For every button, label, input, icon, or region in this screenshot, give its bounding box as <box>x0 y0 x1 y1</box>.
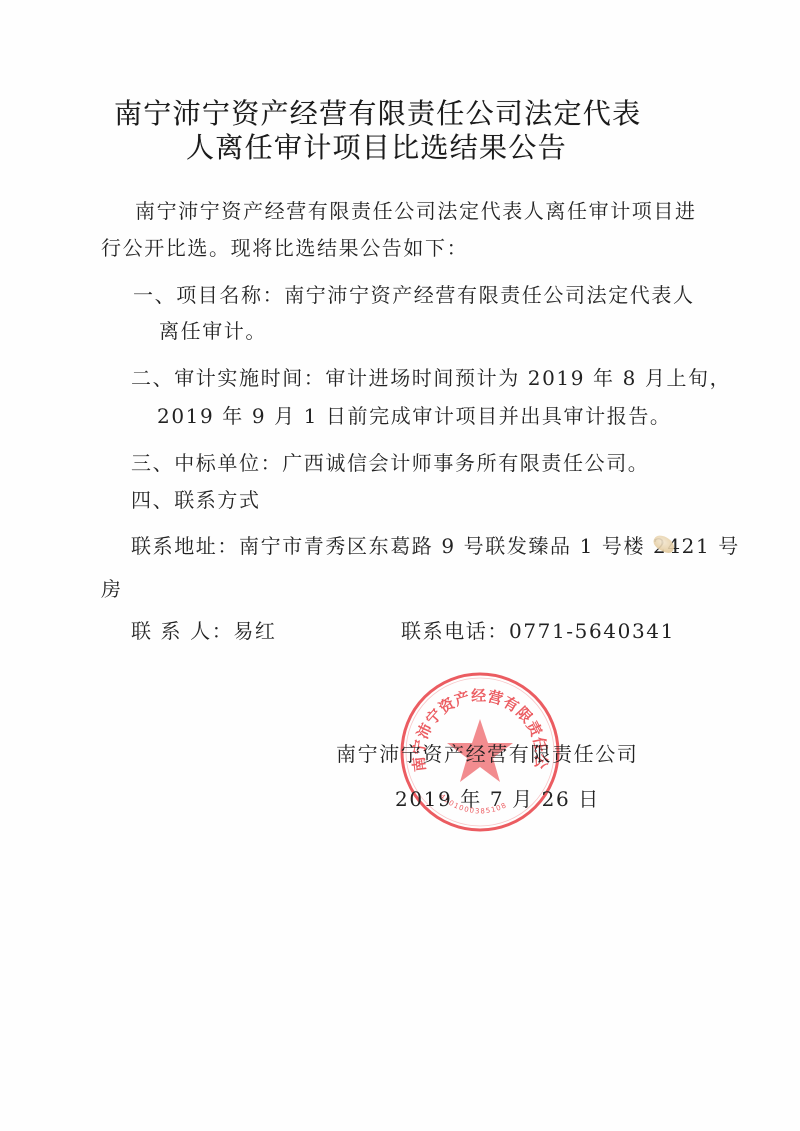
project-name-line-2: 离任审计。 <box>159 318 267 344</box>
document-page: 南宁沛宁资产经营有限责任公司法定代表 人离任审计项目比选结果公告 南宁沛宁资产经… <box>0 0 800 1131</box>
signature-company: 南宁沛宁资产经营有限责任公司 <box>336 741 638 767</box>
contact-address-line-1: 联系地址：南宁市青秀区东葛路 9 号联发臻品 1 号楼 2421 号 <box>131 533 740 559</box>
title-line-1: 南宁沛宁资产经营有限责任公司法定代表 <box>114 97 641 131</box>
contact-address-line-2: 房 <box>101 576 123 602</box>
intro-line-1: 南宁沛宁资产经营有限责任公司法定代表人离任审计项目进 <box>135 198 697 224</box>
signature-date: 2019 年 7 月 26 日 <box>395 786 600 812</box>
contact-phone: 联系电话：0771-5640341 <box>401 618 675 644</box>
intro-line-2: 行公开比选。现将比选结果公告如下： <box>101 235 468 261</box>
title-line-2: 人离任审计项目比选结果公告 <box>186 131 567 165</box>
audit-time-line-2: 2019 年 9 月 1 日前完成审计项目并出具审计报告。 <box>157 403 672 429</box>
audit-time-line-1: 二、审计实施时间：审计进场时间预计为 2019 年 8 月上旬， <box>131 365 731 391</box>
contact-person: 联 系 人：易红 <box>131 618 277 644</box>
project-name-line-1: 一、项目名称：南宁沛宁资产经营有限责任公司法定代表人 <box>133 282 695 308</box>
contact-heading: 四、联系方式 <box>131 487 261 513</box>
winning-bidder-line: 三、中标单位：广西诚信会计师事务所有限责任公司。 <box>131 450 649 476</box>
